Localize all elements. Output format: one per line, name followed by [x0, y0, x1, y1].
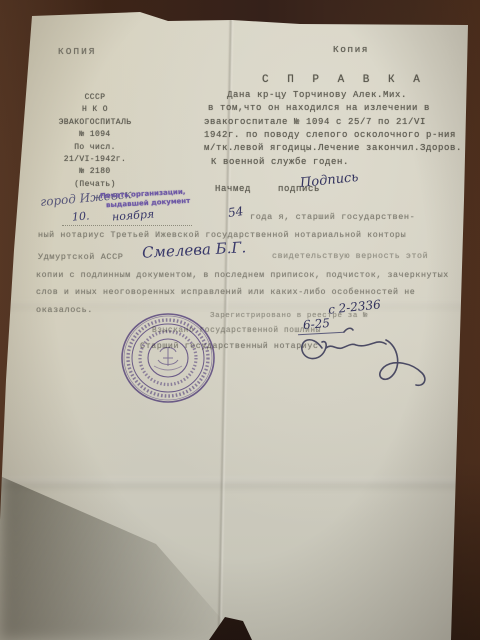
hospital-line: № 2180: [52, 166, 138, 178]
notary-line-3-post: свидетельствую верность этой: [272, 252, 428, 261]
notary-name-handwriting: Смелева Б.Г.: [142, 238, 247, 261]
medchief-role: Начмед: [215, 184, 251, 194]
notary-line-5: слов и иных неоговоренных исправлений ил…: [36, 288, 415, 297]
hospital-line: ЭВАКОГОСПИТАЛЬ: [52, 117, 138, 129]
certificate-body-line: в том,что он находился на излечении в: [208, 103, 430, 113]
certificate-body-line: эвакогоспитале № 1094 с 25/7 по 21/VI: [204, 117, 426, 127]
dotted-line: [62, 224, 192, 226]
round-notary-stamp: [118, 310, 218, 406]
notary-line-3-pre: Удмуртской АССР: [38, 252, 124, 262]
hospital-line: № 1094: [52, 129, 138, 141]
copy-label-left: КОПИЯ: [58, 46, 97, 57]
certificate-body-line: Дана кр-цу Торчинову Алек.Мих.: [227, 90, 407, 100]
hospital-line: СССР: [52, 92, 138, 104]
hospital-stamp-block: СССР Н К О ЭВАКОГОСПИТАЛЬ № 1094 По числ…: [52, 92, 138, 191]
notary-signature: [292, 318, 452, 398]
date-month-handwriting: ноября: [112, 208, 155, 224]
certificate-body-line: К военной службе годен.: [211, 157, 349, 167]
notary-line-6: оказалось.: [36, 305, 93, 315]
document-photo: КОПИЯ Копия СССР Н К О ЭВАКОГОСПИТАЛЬ № …: [0, 0, 480, 640]
hospital-line: 21/VI-1942г.: [52, 154, 138, 166]
date-day-handwriting: 10.: [72, 209, 90, 223]
hospital-line: Н К О: [52, 104, 138, 116]
certificate-body-line: 1942г. по поводу слепого осколочного р-н…: [204, 130, 456, 140]
certificate-title: С П Р А В К А: [262, 74, 426, 86]
paper-shadow: [0, 440, 300, 640]
notary-line-intro: года я, старший государствен-: [250, 212, 415, 222]
paper: КОПИЯ Копия СССР Н К О ЭВАКОГОСПИТАЛЬ № …: [0, 0, 480, 640]
copy-label-right: Копия: [333, 44, 369, 55]
year-handwriting: 54: [227, 204, 244, 220]
registry-number-handwriting: с 2-2336: [327, 297, 381, 316]
certificate-body-line: м/тк.левой ягодицы.Лечение закончил.Здор…: [204, 143, 462, 153]
paper-crease: [0, 478, 470, 488]
medchief-signature-handwriting: Подпись: [299, 170, 359, 191]
hospital-line: По числ.: [52, 142, 138, 154]
notary-line-4: копии с подлинным документом, в последне…: [36, 271, 449, 280]
